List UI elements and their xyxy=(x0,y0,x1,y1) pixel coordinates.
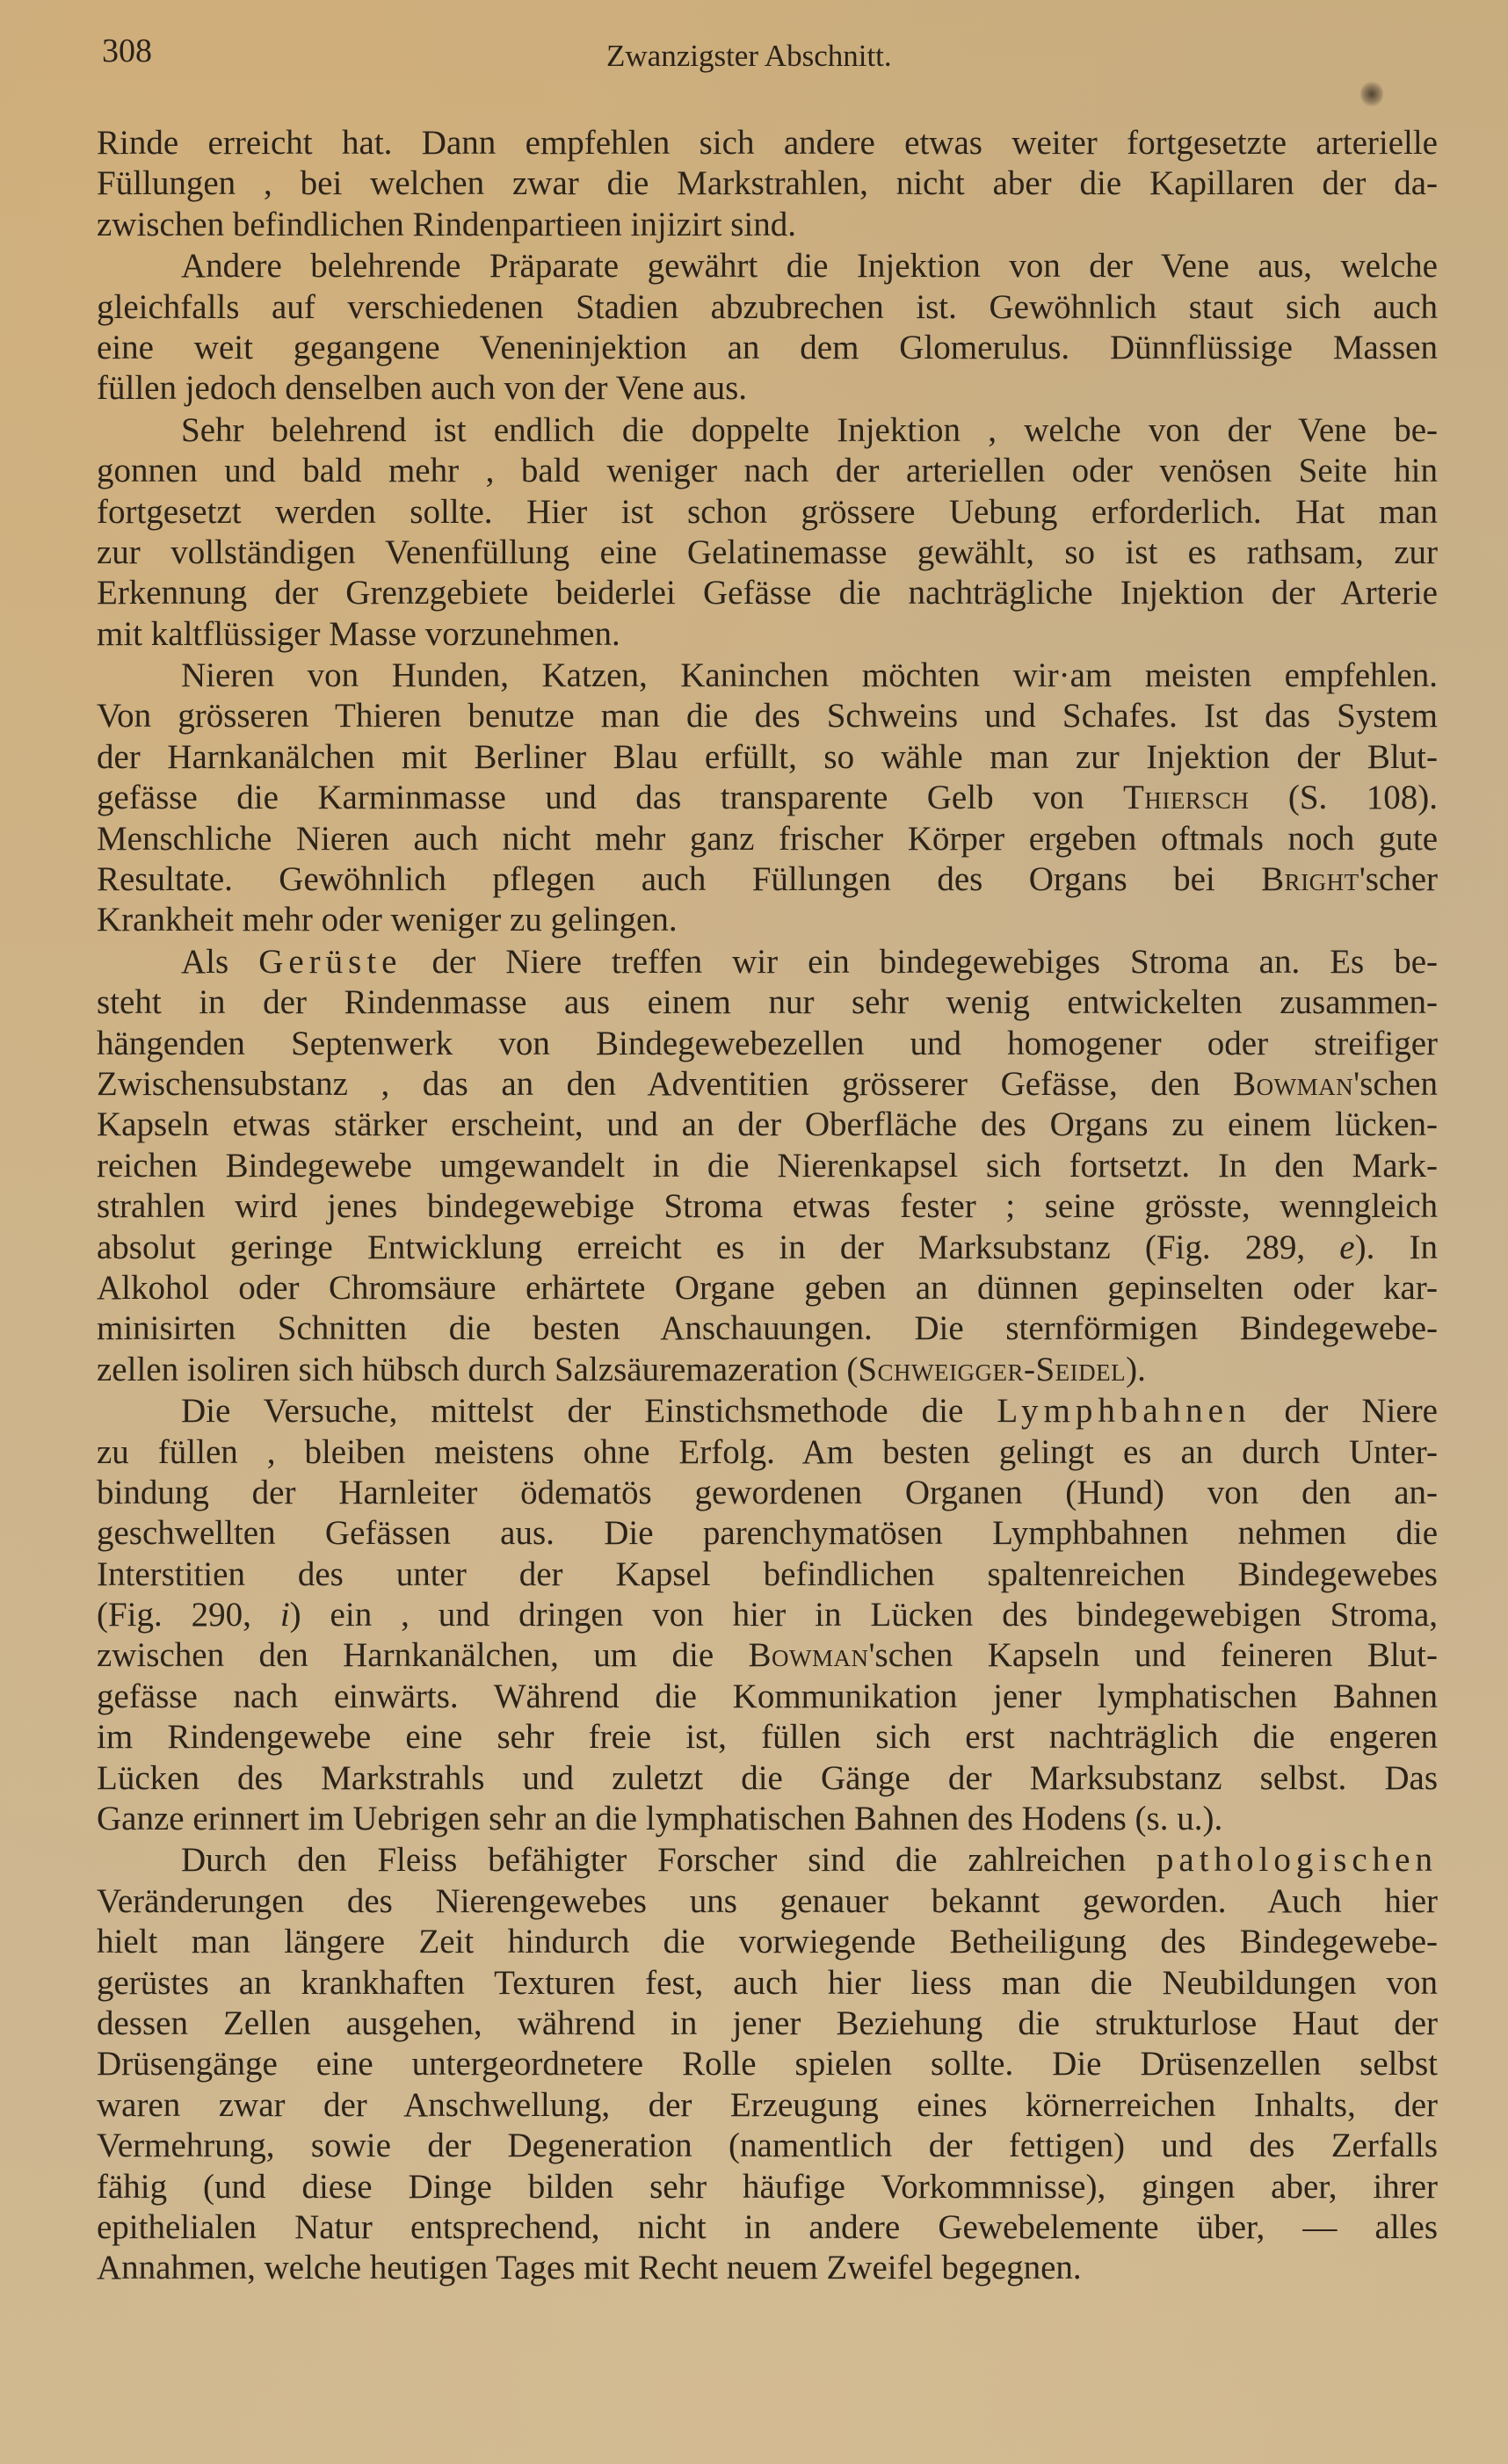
text-line: Rinde erreicht hat. Dann empfehlen sich … xyxy=(97,123,1438,163)
text-segment: minisirten Schnitten die besten Anschauu… xyxy=(97,1309,1438,1347)
text-line: dessen Zellen ausgehen, während in jener… xyxy=(97,2004,1438,2044)
text-line: Nieren von Hunden, Katzen, Kaninchen möc… xyxy=(97,656,1438,696)
text-line: bindung der Harnleiter ödematös geworden… xyxy=(97,1473,1438,1513)
text-line: gefässe nach einwärts. Während die Kommu… xyxy=(97,1677,1438,1717)
text-segment: epithelialen Natur entsprechend, nicht i… xyxy=(97,2208,1438,2246)
text-segment: Interstitien des unter der Kapsel befind… xyxy=(97,1555,1438,1593)
text-line: Resultate. Gewöhnlich pflegen auch Füllu… xyxy=(97,859,1438,900)
text-segment: gonnen und bald mehr , bald weniger nach… xyxy=(97,452,1438,489)
text-segment: 'scher xyxy=(1359,860,1438,898)
text-line: gleichfalls auf verschiedenen Stadien ab… xyxy=(97,287,1438,328)
text-line: zu füllen , bleiben meistens ohne Erfolg… xyxy=(97,1432,1438,1473)
text-segment: Andere belehrende Präparate gewährt die … xyxy=(181,247,1438,285)
ink-blot xyxy=(1360,81,1383,107)
paragraph: Sehr belehrend ist endlich die doppelte … xyxy=(97,410,1438,655)
figure-label: e xyxy=(1339,1228,1354,1266)
text-segment: (Fig. 290, xyxy=(97,1596,280,1634)
text-line: eine weit gegangene Veneninjektion an de… xyxy=(97,328,1438,368)
text-line: Alkohol oder Chromsäure erhärtete Organe… xyxy=(97,1268,1438,1308)
text-segment: Menschliche Nieren auch nicht mehr ganz … xyxy=(97,820,1438,858)
text-line: minisirten Schnitten die besten Anschauu… xyxy=(97,1308,1438,1349)
text-segment: hängenden Septenwerk von Bindegewebezell… xyxy=(97,1025,1438,1062)
author-name: Bowman xyxy=(1233,1065,1353,1103)
text-line: absolut geringe Entwicklung erreicht es … xyxy=(97,1228,1438,1268)
running-title: Zwanzigster Abschnitt. xyxy=(606,39,892,74)
text-line: zellen isoliren sich hübsch durch Salzsä… xyxy=(97,1350,1438,1390)
text-line: Erkennung der Grenzgebiete beiderlei Gef… xyxy=(97,573,1438,613)
text-line: Drüsengänge eine untergeordnetere Rolle … xyxy=(97,2044,1438,2084)
text-line: Zwischensubstanz , das an den Adventitie… xyxy=(97,1064,1438,1105)
text-line: der Harnkanälchen mit Berliner Blau erfü… xyxy=(97,737,1438,778)
text-segment: Durch den Fleiss befähigter Forscher sin… xyxy=(181,1841,1156,1879)
text-line: fortgesetzt werden sollte. Hier ist scho… xyxy=(97,492,1438,533)
text-segment: Ganze erinnert im Uebrigen sehr an die l… xyxy=(97,1800,1222,1837)
author-name: Bowman xyxy=(749,1636,869,1674)
text-line: Veränderungen des Nierengewebes uns gena… xyxy=(97,1881,1438,1922)
text-segment: Zwischensubstanz , das an den Adventitie… xyxy=(97,1065,1233,1103)
text-line: Krankheit mehr oder weniger zu gelingen. xyxy=(97,900,1438,940)
text-segment: Drüsengänge eine untergeordnetere Rolle … xyxy=(97,2045,1438,2083)
text-segment: ) ein , und dringen von hier in Lücken d… xyxy=(290,1596,1438,1634)
text-segment: Lücken des Markstrahls und zuletzt die G… xyxy=(97,1759,1438,1797)
text-line: Kapseln etwas stärker erscheint, und an … xyxy=(97,1105,1438,1145)
text-line: Lücken des Markstrahls und zuletzt die G… xyxy=(97,1758,1438,1799)
text-segment: füllen jedoch denselben auch von der Ven… xyxy=(97,369,747,407)
text-line: reichen Bindegewebe umgewandelt in die N… xyxy=(97,1146,1438,1186)
paragraph: Nieren von Hunden, Katzen, Kaninchen möc… xyxy=(97,656,1438,941)
text-segment: Erkennung der Grenzgebiete beiderlei Gef… xyxy=(97,574,1438,612)
paragraph: Die Versuche, mittelst der Einstichsmeth… xyxy=(97,1391,1438,1839)
text-line: mit kaltflüssiger Masse vorzunehmen. xyxy=(97,614,1438,655)
text-segment: Füllungen , bei welchen zwar die Markstr… xyxy=(97,164,1438,202)
text-segment: Von grösseren Thieren benutze man die de… xyxy=(97,697,1438,735)
text-segment: zwischen den Harnkanälchen, um die xyxy=(97,1636,749,1674)
text-line: Andere belehrende Präparate gewährt die … xyxy=(97,246,1438,286)
text-segment: absolut geringe Entwicklung erreicht es … xyxy=(97,1228,1339,1266)
text-segment: gefässe nach einwärts. Während die Kommu… xyxy=(97,1678,1438,1715)
text-segment: der Harnkanälchen mit Berliner Blau erfü… xyxy=(97,738,1438,776)
text-segment: zellen isoliren sich hübsch durch Salzsä… xyxy=(97,1351,858,1388)
text-segment: zur vollständigen Venenfüllung eine Gela… xyxy=(97,533,1438,571)
figure-label: i xyxy=(280,1596,290,1634)
text-line: Ganze erinnert im Uebrigen sehr an die l… xyxy=(97,1799,1438,1839)
text-line: hielt man längere Zeit hindurch die vorw… xyxy=(97,1922,1438,1962)
text-segment: Alkohol oder Chromsäure erhärtete Organe… xyxy=(97,1269,1438,1307)
text-line: Von grösseren Thieren benutze man die de… xyxy=(97,696,1438,736)
text-segment: hielt man längere Zeit hindurch die vorw… xyxy=(97,1923,1438,1960)
text-segment: Die Versuche, mittelst der Einstichsmeth… xyxy=(181,1392,997,1430)
text-line: steht in der Rindenmasse aus einem nur s… xyxy=(97,982,1438,1023)
text-segment: mit kaltflüssiger Masse vorzunehmen. xyxy=(97,615,620,653)
paragraph: Rinde erreicht hat. Dann empfehlen sich … xyxy=(97,123,1438,245)
author-name: Bright xyxy=(1261,860,1359,898)
text-segment: zwischen befindlichen Rindenpartieen inj… xyxy=(97,206,796,243)
text-line: Die Versuche, mittelst der Einstichsmeth… xyxy=(97,1391,1438,1431)
emphasized-term: Lymphbahnen xyxy=(997,1392,1251,1430)
text-line: Durch den Fleiss befähigter Forscher sin… xyxy=(97,1840,1438,1881)
text-line: zur vollständigen Venenfüllung eine Gela… xyxy=(97,533,1438,573)
text-segment: Resultate. Gewöhnlich pflegen auch Füllu… xyxy=(97,860,1261,898)
text-segment: der Niere xyxy=(1251,1392,1438,1430)
author-name: Schweigger-Seidel xyxy=(858,1351,1126,1388)
page-header: 308 Zwanzigster Abschnitt. xyxy=(98,32,1434,76)
text-segment: der Niere treffen wir ein bindegewebiges… xyxy=(402,943,1438,981)
paragraph: Andere belehrende Präparate gewährt die … xyxy=(97,246,1438,409)
text-line: im Rindengewebe eine sehr freie ist, fül… xyxy=(97,1717,1438,1757)
paragraph: Als Gerüste der Niere treffen wir ein bi… xyxy=(97,942,1438,1390)
text-segment: Kapseln etwas stärker erscheint, und an … xyxy=(97,1105,1438,1143)
text-line: gonnen und bald mehr , bald weniger nach… xyxy=(97,451,1438,491)
text-segment: geschwellten Gefässen aus. Die parenchym… xyxy=(97,1514,1438,1552)
text-segment: Sehr belehrend ist endlich die doppelte … xyxy=(181,411,1438,449)
text-segment: steht in der Rindenmasse aus einem nur s… xyxy=(97,983,1438,1021)
text-line: zwischen den Harnkanälchen, um die Bowma… xyxy=(97,1635,1438,1676)
text-segment: reichen Bindegewebe umgewandelt in die N… xyxy=(97,1147,1438,1185)
text-line: Annahmen, welche heutigen Tages mit Rech… xyxy=(97,2248,1438,2288)
emphasized-term: pathologischen xyxy=(1156,1841,1438,1879)
text-line: Als Gerüste der Niere treffen wir ein bi… xyxy=(97,942,1438,982)
text-segment: Rinde erreicht hat. Dann empfehlen sich … xyxy=(97,124,1438,162)
text-segment: gerüstes an krankhaften Texturen fest, a… xyxy=(97,1964,1438,2002)
paragraph: Durch den Fleiss befähigter Forscher sin… xyxy=(97,1840,1438,2288)
text-line: gefässe die Karminmasse und das transpar… xyxy=(97,778,1438,818)
text-segment: Veränderungen des Nierengewebes uns gena… xyxy=(97,1882,1438,1920)
book-page: 308 Zwanzigster Abschnitt. Rinde erreich… xyxy=(0,0,1508,2464)
text-line: waren zwar der Anschwellung, der Erzeugu… xyxy=(97,2085,1438,2126)
text-segment: strahlen wird jenes bindegewebige Stroma… xyxy=(97,1187,1438,1225)
text-segment: gefässe die Karminmasse und das transpar… xyxy=(97,779,1123,816)
text-segment: eine weit gegangene Veneninjektion an de… xyxy=(97,329,1438,366)
page-number: 308 xyxy=(102,32,152,70)
text-segment: fortgesetzt werden sollte. Hier ist scho… xyxy=(97,493,1438,531)
text-line: geschwellten Gefässen aus. Die parenchym… xyxy=(97,1513,1438,1554)
text-segment: dessen Zellen ausgehen, während in jener… xyxy=(97,2004,1438,2042)
text-segment: fähig (und diese Dinge bilden sehr häufi… xyxy=(97,2168,1438,2206)
text-line: Vermehrung, sowie der Degeneration (name… xyxy=(97,2126,1438,2166)
text-line: Interstitien des unter der Kapsel befind… xyxy=(97,1554,1438,1595)
text-segment: Nieren von Hunden, Katzen, Kaninchen möc… xyxy=(181,656,1438,694)
text-line: strahlen wird jenes bindegewebige Stroma… xyxy=(97,1186,1438,1227)
text-segment: Vermehrung, sowie der Degeneration (name… xyxy=(97,2127,1438,2164)
text-line: Sehr belehrend ist endlich die doppelte … xyxy=(97,410,1438,451)
text-line: füllen jedoch denselben auch von der Ven… xyxy=(97,368,1438,409)
text-line: epithelialen Natur entsprechend, nicht i… xyxy=(97,2207,1438,2248)
text-line: Füllungen , bei welchen zwar die Markstr… xyxy=(97,163,1438,204)
text-line: fähig (und diese Dinge bilden sehr häufi… xyxy=(97,2167,1438,2207)
text-segment: Annahmen, welche heutigen Tages mit Rech… xyxy=(97,2249,1082,2286)
text-segment: bindung der Harnleiter ödematös geworden… xyxy=(97,1474,1438,1511)
text-line: (Fig. 290, i) ein , und dringen von hier… xyxy=(97,1595,1438,1635)
text-segment: 'schen Kapseln und feineren Blut- xyxy=(869,1636,1438,1674)
text-segment: gleichfalls auf verschiedenen Stadien ab… xyxy=(97,288,1438,326)
text-segment: waren zwar der Anschwellung, der Erzeugu… xyxy=(97,2086,1438,2124)
text-segment: im Rindengewebe eine sehr freie ist, fül… xyxy=(97,1718,1438,1756)
emphasized-term: Gerüste xyxy=(258,943,402,981)
text-line: Menschliche Nieren auch nicht mehr ganz … xyxy=(97,819,1438,859)
body-text: Rinde erreicht hat. Dann empfehlen sich … xyxy=(97,123,1438,2290)
text-segment: ). In xyxy=(1355,1228,1438,1266)
author-name: Thiersch xyxy=(1123,779,1249,816)
text-line: hängenden Septenwerk von Bindegewebezell… xyxy=(97,1024,1438,1064)
text-segment: 'schen xyxy=(1353,1065,1438,1103)
text-segment: Als xyxy=(181,943,258,981)
text-segment: Krankheit mehr oder weniger zu gelingen. xyxy=(97,901,678,938)
text-segment: (S. 108). xyxy=(1249,779,1438,816)
text-segment: zu füllen , bleiben meistens ohne Erfolg… xyxy=(97,1433,1438,1471)
text-line: gerüstes an krankhaften Texturen fest, a… xyxy=(97,1963,1438,2004)
text-segment: ). xyxy=(1126,1351,1146,1388)
text-line: zwischen befindlichen Rindenpartieen inj… xyxy=(97,205,1438,245)
